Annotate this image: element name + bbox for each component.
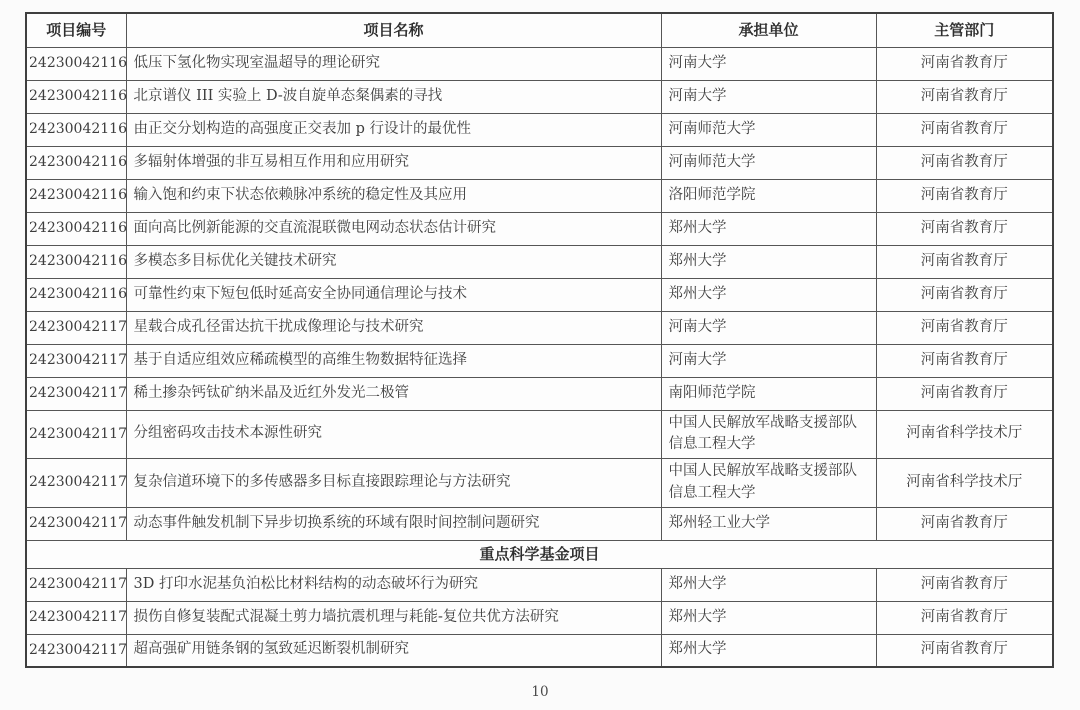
org-cell: 中国人民解放军战略支援部队信息工程大学 xyxy=(661,459,876,508)
project-name-cell: 动态事件触发机制下异步切换系统的环域有限时间控制问题研究 xyxy=(126,507,661,540)
table-row: 242300421172稀土掺杂钙钛矿纳米晶及近红外发光二极管南阳师范学院河南省… xyxy=(26,377,1053,410)
project-id-cell: 242300421169 xyxy=(26,278,126,311)
dept-cell: 河南省科学技术厅 xyxy=(876,410,1053,459)
table-row: 242300421177损伤自修复装配式混凝土剪力墙抗震机理与耗能-复位共优方法… xyxy=(26,601,1053,634)
project-name-cell: 输入饱和约束下状态依赖脉冲系统的稳定性及其应用 xyxy=(126,179,661,212)
org-cell: 洛阳师范学院 xyxy=(661,179,876,212)
project-name-cell: 3D 打印水泥基负泊松比材料结构的动态破坏行为研究 xyxy=(126,568,661,601)
dept-cell: 河南省科学技术厅 xyxy=(876,459,1053,508)
table-row: 242300421174复杂信道环境下的多传感器多目标直接跟踪理论与方法研究中国… xyxy=(26,459,1053,508)
dept-cell: 河南省教育厅 xyxy=(876,634,1053,667)
section-header-row: 重点科学基金项目 xyxy=(26,540,1053,568)
table-header: 项目编号 项目名称 承担单位 主管部门 xyxy=(26,13,1053,47)
dept-cell: 河南省教育厅 xyxy=(876,568,1053,601)
project-id-cell: 242300421162 xyxy=(26,47,126,80)
project-id-cell: 242300421174 xyxy=(26,459,126,508)
org-cell: 郑州大学 xyxy=(661,212,876,245)
project-id-cell: 242300421170 xyxy=(26,311,126,344)
table-row: 242300421168多模态多目标优化关键技术研究郑州大学河南省教育厅 xyxy=(26,245,1053,278)
projects-table: 项目编号 项目名称 承担单位 主管部门 242300421162低压下氢化物实现… xyxy=(25,12,1054,668)
org-cell: 中国人民解放军战略支援部队信息工程大学 xyxy=(661,410,876,459)
table-row: 242300421163北京谱仪 III 实验上 D-波自旋单态粲偶素的寻找河南… xyxy=(26,80,1053,113)
column-header-project-name: 项目名称 xyxy=(126,13,661,47)
project-id-cell: 242300421171 xyxy=(26,344,126,377)
org-cell: 南阳师范学院 xyxy=(661,377,876,410)
dept-cell: 河南省教育厅 xyxy=(876,311,1053,344)
table-row: 2423004211763D 打印水泥基负泊松比材料结构的动态破坏行为研究郑州大… xyxy=(26,568,1053,601)
project-name-cell: 由正交分划构造的高强度正交表加 p 行设计的最优性 xyxy=(126,113,661,146)
org-cell: 河南大学 xyxy=(661,311,876,344)
dept-cell: 河南省教育厅 xyxy=(876,47,1053,80)
table-row: 242300421171基于自适应组效应稀疏模型的高维生物数据特征选择河南大学河… xyxy=(26,344,1053,377)
section-header-label: 重点科学基金项目 xyxy=(26,540,1053,568)
table-row: 242300421162低压下氢化物实现室温超导的理论研究河南大学河南省教育厅 xyxy=(26,47,1053,80)
project-id-cell: 242300421173 xyxy=(26,410,126,459)
org-cell: 郑州大学 xyxy=(661,568,876,601)
project-name-cell: 基于自适应组效应稀疏模型的高维生物数据特征选择 xyxy=(126,344,661,377)
dept-cell: 河南省教育厅 xyxy=(876,507,1053,540)
project-id-cell: 242300421165 xyxy=(26,146,126,179)
project-id-cell: 242300421166 xyxy=(26,179,126,212)
project-id-cell: 242300421177 xyxy=(26,601,126,634)
project-name-cell: 低压下氢化物实现室温超导的理论研究 xyxy=(126,47,661,80)
project-name-cell: 星载合成孔径雷达抗干扰成像理论与技术研究 xyxy=(126,311,661,344)
project-name-cell: 多辐射体增强的非互易相互作用和应用研究 xyxy=(126,146,661,179)
project-id-cell: 242300421178 xyxy=(26,634,126,667)
header-row: 项目编号 项目名称 承担单位 主管部门 xyxy=(26,13,1053,47)
project-name-cell: 可靠性约束下短包低时延高安全协同通信理论与技术 xyxy=(126,278,661,311)
table-row: 242300421167面向高比例新能源的交直流混联微电网动态状态估计研究郑州大… xyxy=(26,212,1053,245)
table-row: 242300421170星载合成孔径雷达抗干扰成像理论与技术研究河南大学河南省教… xyxy=(26,311,1053,344)
org-cell: 河南师范大学 xyxy=(661,146,876,179)
project-id-cell: 242300421172 xyxy=(26,377,126,410)
table-row: 242300421169可靠性约束下短包低时延高安全协同通信理论与技术郑州大学河… xyxy=(26,278,1053,311)
dept-cell: 河南省教育厅 xyxy=(876,146,1053,179)
org-cell: 河南师范大学 xyxy=(661,113,876,146)
column-header-dept: 主管部门 xyxy=(876,13,1053,47)
table-row: 242300421166输入饱和约束下状态依赖脉冲系统的稳定性及其应用洛阳师范学… xyxy=(26,179,1053,212)
org-cell: 郑州大学 xyxy=(661,245,876,278)
dept-cell: 河南省教育厅 xyxy=(876,344,1053,377)
dept-cell: 河南省教育厅 xyxy=(876,601,1053,634)
project-name-cell: 超高强矿用链条钢的氢致延迟断裂机制研究 xyxy=(126,634,661,667)
project-name-cell: 分组密码攻击技术本源性研究 xyxy=(126,410,661,459)
project-name-cell: 北京谱仪 III 实验上 D-波自旋单态粲偶素的寻找 xyxy=(126,80,661,113)
project-name-cell: 多模态多目标优化关键技术研究 xyxy=(126,245,661,278)
org-cell: 河南大学 xyxy=(661,47,876,80)
column-header-org: 承担单位 xyxy=(661,13,876,47)
table-row: 242300421164由正交分划构造的高强度正交表加 p 行设计的最优性河南师… xyxy=(26,113,1053,146)
document-page: 项目编号 项目名称 承担单位 主管部门 242300421162低压下氢化物实现… xyxy=(0,0,1080,710)
dept-cell: 河南省教育厅 xyxy=(876,179,1053,212)
org-cell: 郑州大学 xyxy=(661,278,876,311)
org-cell: 郑州大学 xyxy=(661,601,876,634)
project-id-cell: 242300421167 xyxy=(26,212,126,245)
project-id-cell: 242300421163 xyxy=(26,80,126,113)
dept-cell: 河南省教育厅 xyxy=(876,212,1053,245)
table-row: 242300421165多辐射体增强的非互易相互作用和应用研究河南师范大学河南省… xyxy=(26,146,1053,179)
project-id-cell: 242300421176 xyxy=(26,568,126,601)
dept-cell: 河南省教育厅 xyxy=(876,377,1053,410)
dept-cell: 河南省教育厅 xyxy=(876,113,1053,146)
org-cell: 河南大学 xyxy=(661,80,876,113)
table-row: 242300421178超高强矿用链条钢的氢致延迟断裂机制研究郑州大学河南省教育… xyxy=(26,634,1053,667)
table-body: 242300421162低压下氢化物实现室温超导的理论研究河南大学河南省教育厅2… xyxy=(26,47,1053,667)
org-cell: 郑州大学 xyxy=(661,634,876,667)
org-cell: 郑州轻工业大学 xyxy=(661,507,876,540)
project-name-cell: 面向高比例新能源的交直流混联微电网动态状态估计研究 xyxy=(126,212,661,245)
project-name-cell: 复杂信道环境下的多传感器多目标直接跟踪理论与方法研究 xyxy=(126,459,661,508)
project-id-cell: 242300421175 xyxy=(26,507,126,540)
project-name-cell: 稀土掺杂钙钛矿纳米晶及近红外发光二极管 xyxy=(126,377,661,410)
table-row: 242300421173分组密码攻击技术本源性研究中国人民解放军战略支援部队信息… xyxy=(26,410,1053,459)
dept-cell: 河南省教育厅 xyxy=(876,80,1053,113)
project-id-cell: 242300421168 xyxy=(26,245,126,278)
project-id-cell: 242300421164 xyxy=(26,113,126,146)
table-row: 242300421175动态事件触发机制下异步切换系统的环域有限时间控制问题研究… xyxy=(26,507,1053,540)
org-cell: 河南大学 xyxy=(661,344,876,377)
project-name-cell: 损伤自修复装配式混凝土剪力墙抗震机理与耗能-复位共优方法研究 xyxy=(126,601,661,634)
page-number: 10 xyxy=(0,684,1080,700)
dept-cell: 河南省教育厅 xyxy=(876,245,1053,278)
dept-cell: 河南省教育厅 xyxy=(876,278,1053,311)
column-header-project-id: 项目编号 xyxy=(26,13,126,47)
